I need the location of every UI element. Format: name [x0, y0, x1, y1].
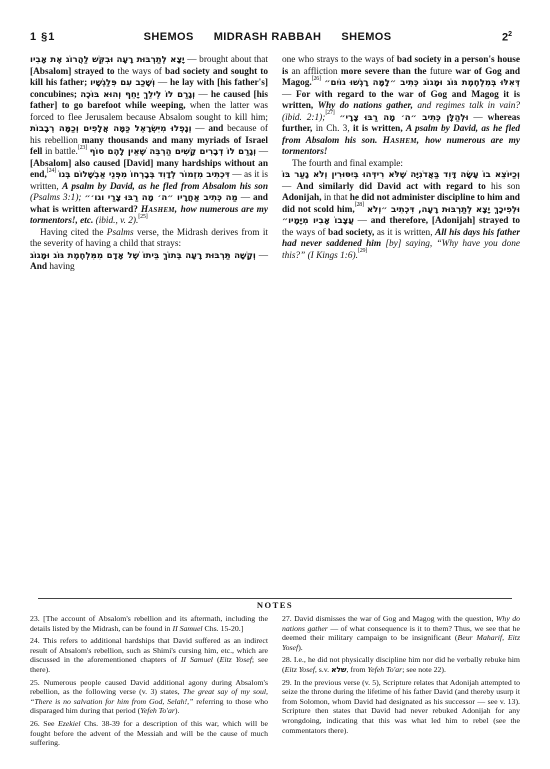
text-segment: —	[282, 90, 296, 100]
text-segment: —	[256, 147, 268, 157]
hebrew-text: דִּכְתִיב מִזְמוֹר לְדָוִד בְּבָרְחוֹ מִ…	[58, 170, 229, 180]
text-segment: as it is written,	[377, 228, 435, 238]
text-segment: it is written,	[353, 124, 406, 134]
notes-heading: NOTES	[30, 600, 520, 610]
hebrew-text: מַה כְּתִיב אַחֲרָיו ״ה׳ מָה רַבּוּ צָרַ…	[85, 193, 238, 203]
text-segment: —	[256, 251, 268, 261]
hebrew-text: וְגָרַם לוֹ לֵילֵךְ יָחֵף וְהוּא בּוֹכֶה	[80, 90, 195, 100]
text-segment: II Samuel	[181, 655, 213, 664]
running-title-left: SHEMOS	[144, 31, 194, 43]
footnote-number: 28.	[282, 655, 294, 664]
text-segment: Yefeh To'ar	[140, 706, 175, 715]
text-segment: his son	[491, 182, 520, 192]
text-segment: —	[195, 90, 211, 100]
text-segment: The fourth and final example:	[292, 159, 403, 169]
text-segment: the ways of	[118, 67, 165, 77]
text-segment: Eitz Yosef,	[285, 665, 317, 674]
text-segment: Psalms	[107, 228, 137, 238]
section-reference: 1 §1	[30, 31, 55, 43]
running-title: SHEMOS MIDRASH RABBAH SHEMOS	[144, 31, 392, 43]
hebrew-text: וְגָרַם לוֹ דְבָרִים קָשִׁים הַרְבֵּה שֶ…	[90, 147, 256, 157]
text-segment: and therefore, [Adonijah] strayed to	[371, 216, 520, 226]
footnote-marker: [24]	[47, 168, 56, 174]
text-segment: an affliction	[292, 67, 341, 77]
paragraph: יָצָא לְתַרְבּוּת רָעָה וּבִקֵּשׁ לַהֲרו…	[30, 55, 268, 228]
hebrew-text: יָצָא לְתַרְבּוּת רָעָה וּבִקֵּשׁ לַהֲרו…	[30, 55, 185, 65]
footnote-number: 29.	[282, 678, 294, 687]
running-title-center: MIDRASH RABBAH	[214, 31, 322, 43]
footnote: 29. In the previous verse (v. 5), Script…	[282, 678, 520, 736]
text-segment: —	[155, 78, 170, 88]
text-segment: ; see note 22).	[402, 665, 446, 674]
page-number: 22	[502, 31, 512, 44]
text-segment: ).	[175, 706, 180, 715]
footnote-number: 25.	[30, 678, 44, 687]
text-segment: And	[30, 262, 49, 272]
notes-divider	[38, 598, 512, 599]
book-page: 1 §1 SHEMOS MIDRASH RABBAH SHEMOS 22 יָצ…	[0, 0, 550, 769]
footnote-number: 23.	[30, 614, 43, 623]
footnote-number: 27.	[282, 614, 294, 623]
footnote: 26. See Ezekiel Chs. 38-39 for a descrip…	[30, 719, 268, 748]
text-segment: Chs. 15-20.]	[203, 624, 244, 633]
running-title-right: SHEMOS	[341, 31, 391, 43]
text-segment: [Absalom] strayed to	[30, 67, 118, 77]
text-segment: — brought about that	[185, 55, 268, 65]
left-column: יָצָא לְתַרְבּוּת רָעָה וּבִקֵּשׁ לַהֲרו…	[30, 55, 268, 274]
text-segment: and	[208, 124, 227, 134]
text-segment: Hashem,	[383, 136, 425, 146]
text-segment: Yefeh To'ar	[368, 665, 403, 674]
text-segment: (ibid., v. 2).	[96, 216, 139, 226]
hebrew-text: שלא	[331, 665, 346, 674]
text-segment: Hashem,	[141, 205, 181, 215]
text-segment: —	[469, 113, 488, 123]
right-column: one who strays to the ways of bad societ…	[282, 55, 520, 274]
text-segment: —	[238, 193, 253, 203]
hebrew-text: וְקָשָׁה תַּרְבּוּת רָעָה בְּתוֹךְ בֵּית…	[30, 251, 256, 261]
hebrew-text: וְשָׁכַב עִם פִּלַגְשָׁיו	[90, 78, 155, 88]
text-segment: Ezekiel	[58, 719, 81, 728]
paragraph: Having cited the Psalms verse, the Midra…	[30, 228, 268, 251]
text-segment: bad society,	[328, 228, 377, 238]
text-segment: In the previous verse (v. 5), Scripture …	[282, 678, 520, 735]
hebrew-text: דְּאִלּוּ בְּמִלְחֶמֶת גּוֹג וּמָגוֹג כְ…	[324, 78, 520, 88]
notes-left-column: 23. [The account of Absalom's rebellion …	[30, 614, 268, 751]
hebrew-text: וּלְהַלָּן כְּתִיב ״ה׳ מָה רַבּוּ צָרָי״	[339, 113, 468, 123]
footnote-marker: [23]	[78, 145, 87, 151]
footnote-marker: [29]	[358, 248, 367, 254]
paragraph: one who strays to the ways of bad societ…	[282, 55, 520, 159]
page-header: 1 §1 SHEMOS MIDRASH RABBAH SHEMOS 22	[30, 31, 520, 47]
paragraph: The fourth and final example:	[282, 159, 520, 171]
footnote: 24. This refers to additional hardships …	[30, 636, 268, 674]
text-segment: (Psalms 3:1);	[30, 193, 85, 203]
text-segment: in that	[324, 193, 350, 203]
text-segment: , from	[347, 665, 368, 674]
main-text: יָצָא לְתַרְבּוּת רָעָה וּבִקֵּשׁ לַהֲרו…	[30, 55, 520, 274]
footnote: 27. David dismisses the war of Gog and M…	[282, 614, 520, 652]
footnote: 28. I.e., he did not physically discipli…	[282, 655, 520, 674]
text-segment: See	[43, 719, 58, 728]
text-segment: —	[192, 124, 209, 134]
footnote-number: 24.	[30, 636, 43, 645]
text-segment: in Ch. 3,	[316, 124, 353, 134]
notes-right-column: 27. David dismisses the war of Gog and M…	[282, 614, 520, 751]
text-segment: —	[282, 182, 297, 192]
text-segment: A psalm by David, as he fled from Absalo…	[62, 182, 268, 192]
text-segment: future	[430, 67, 456, 77]
text-segment: Having cited the	[40, 228, 107, 238]
text-segment: II Samuel	[172, 624, 202, 633]
hebrew-text: וְנָפְלוּ מִיִּשְׂרָאֵל כַּמָּה אֲלָפִים…	[30, 124, 192, 134]
text-segment: in battle.	[45, 147, 78, 157]
footnote-marker: [25]	[138, 214, 147, 220]
hebrew-text: וְכַיּוֹצֵא בוֹ עָשָׂה דָּוִד בַּאֲדֹנִי…	[282, 170, 520, 180]
text-segment: s.v.	[317, 665, 331, 674]
text-segment: having	[49, 262, 74, 272]
footnote-number: 26.	[30, 719, 43, 728]
paragraph: וְכַיּוֹצֵא בוֹ עָשָׂה דָּוִד בַּאֲדֹנִי…	[282, 170, 520, 262]
footnotes-section: NOTES 23. [The account of Absalom's rebe…	[30, 598, 520, 751]
text-segment: David dismisses the war of Gog and Magog…	[294, 614, 496, 623]
footnote: 23. [The account of Absalom's rebellion …	[30, 614, 268, 633]
text-segment: And similarly did David act with regard …	[297, 182, 492, 192]
text-segment: Eitz Yosef	[220, 655, 252, 664]
footnote-marker: [26]	[312, 76, 321, 82]
footnote-marker: [27]	[325, 110, 334, 116]
text-segment: one who strays to the ways of	[282, 55, 397, 65]
text-segment: more severe than the	[341, 67, 430, 77]
text-segment: (	[213, 655, 220, 664]
footnote-marker: [28]	[355, 202, 364, 208]
text-segment: Adonijah,	[282, 193, 324, 203]
page-number-superscript: 2	[508, 31, 512, 38]
paragraph: וְקָשָׁה תַּרְבּוּת רָעָה בְּתוֹךְ בֵּית…	[30, 251, 268, 274]
text-segment: —	[354, 216, 371, 226]
footnote: 25. Numerous people caused David additio…	[30, 678, 268, 716]
notes-columns: 23. [The account of Absalom's rebellion …	[30, 614, 520, 751]
text-segment: ).	[298, 643, 303, 652]
text-segment: the ways of	[282, 228, 328, 238]
